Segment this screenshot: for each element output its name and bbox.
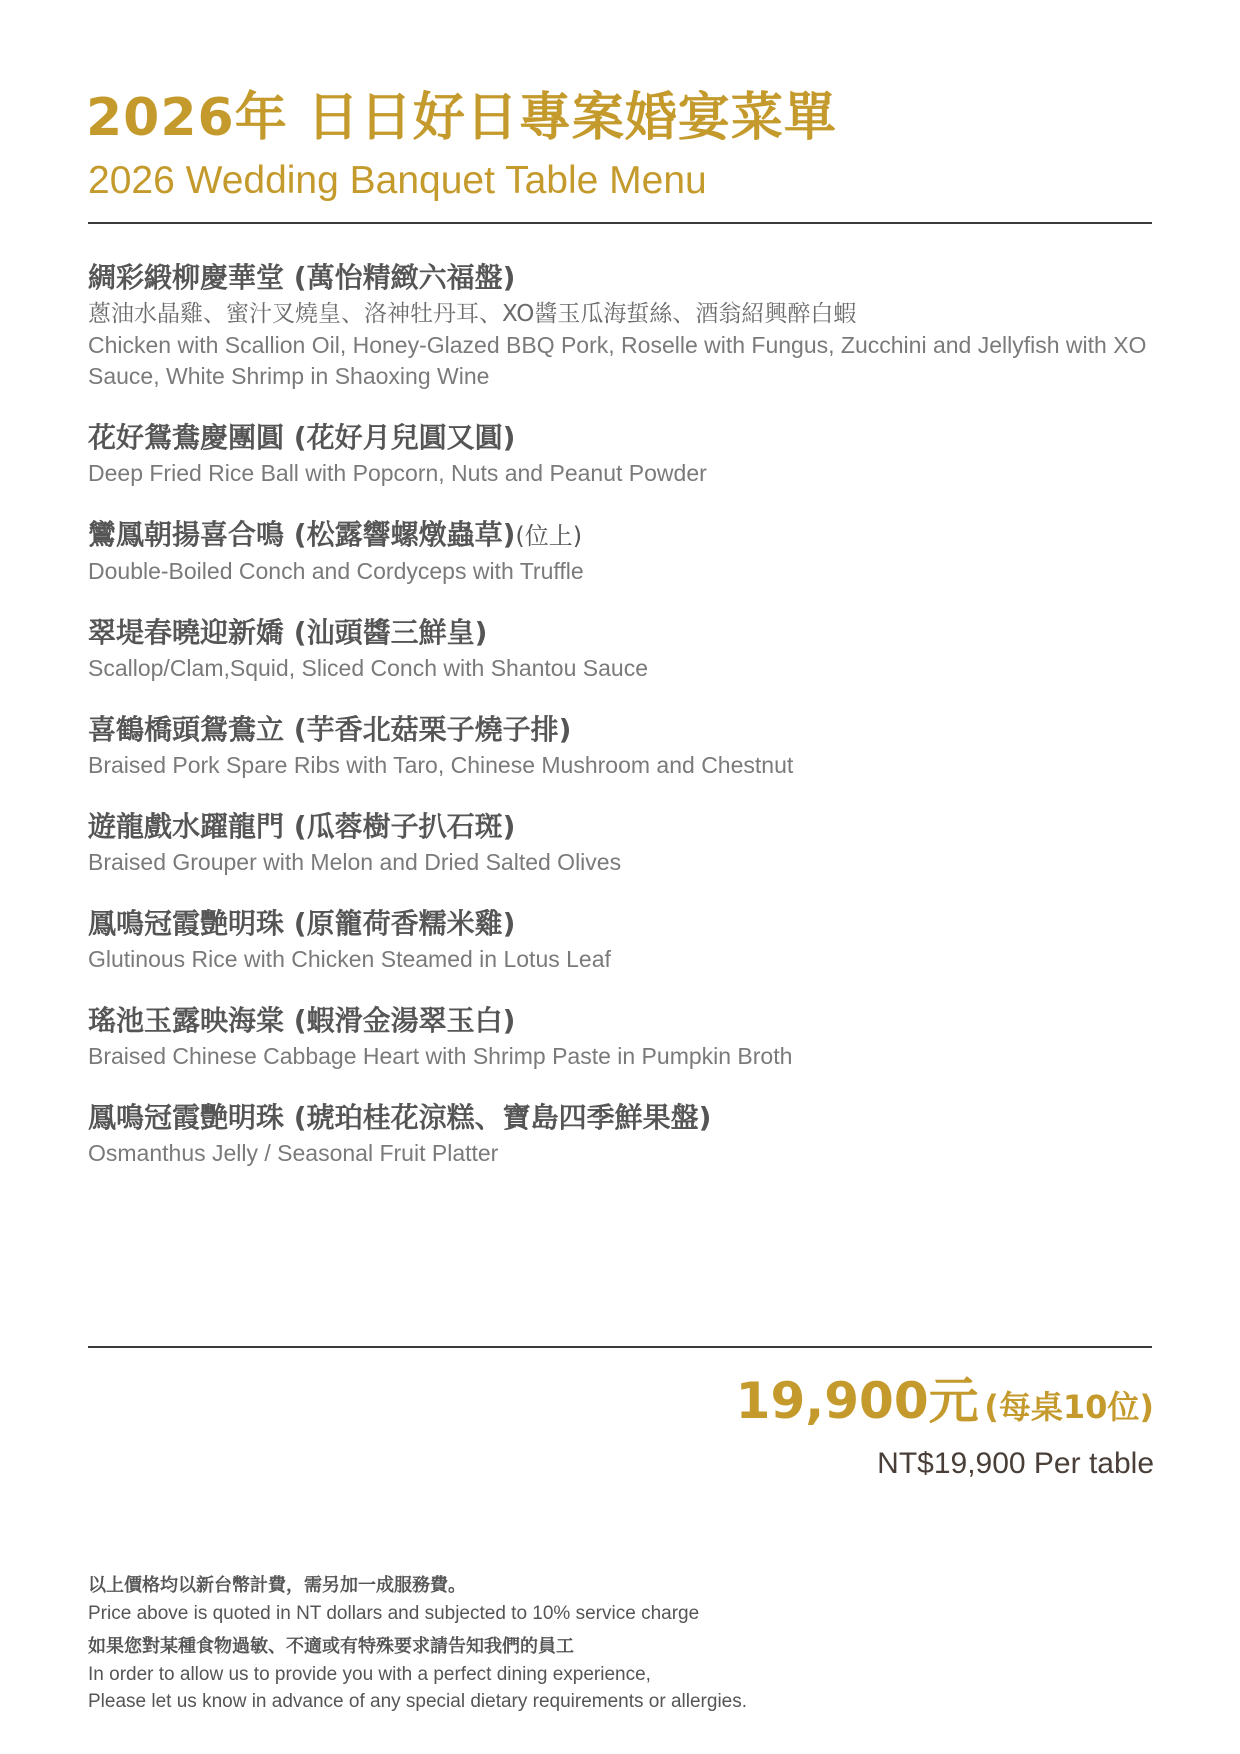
dish-name: 瑤池玉露映海棠 (蝦滑金湯翠玉白) (88, 1001, 1158, 1041)
dish-subtitle: (芋香北菇栗子燒子排) (294, 713, 572, 746)
dish-description-en: Braised Chinese Cabbage Heart with Shrim… (88, 1041, 1158, 1072)
dish-subtitle: (萬怡精緻六福盤) (294, 261, 516, 294)
dish-description-en: Braised Pork Spare Ribs with Taro, Chine… (88, 750, 1158, 781)
dish-description-en: Osmanthus Jelly / Seasonal Fruit Platter (88, 1138, 1158, 1169)
dish-title: 鳳鳴冠霞艷明珠 (88, 907, 284, 940)
page-title-en: 2026 Wedding Banquet Table Menu (88, 157, 707, 205)
top-divider (88, 222, 1152, 224)
price-amount-en: NT$19,900 Per table (736, 1444, 1154, 1484)
dish-name: 翠堤春曉迎新嬌 (汕頭醬三鮮皇) (88, 613, 1158, 653)
dish-title: 翠堤春曉迎新嬌 (88, 616, 284, 649)
dish-subtitle: (花好月兒圓又圓) (294, 421, 516, 454)
menu-page: 2026年 日日好日專案婚宴菜單 2026 Wedding Banquet Ta… (0, 0, 1240, 1754)
dish-name: 鳳鳴冠霞艷明珠 (原籠荷香糯米雞) (88, 904, 1158, 944)
dish-subtitle: (汕頭醬三鮮皇) (294, 616, 488, 649)
dish-subtitle: (瓜蓉樹子扒石斑) (294, 810, 516, 843)
dish-description-en: Glutinous Rice with Chicken Steamed in L… (88, 944, 1158, 975)
service-charge-note-en: Price above is quoted in NT dollars and … (88, 1600, 1088, 1627)
price-per-table-zh: (每桌10位) (984, 1388, 1154, 1426)
price-amount-zh: 19,900元 (736, 1372, 979, 1430)
price-zh: 19,900元 (每桌10位) (736, 1370, 1154, 1444)
price-block: 19,900元 (每桌10位) NT$19,900 Per table (736, 1370, 1154, 1484)
dish-title: 鳳鳴冠霞艷明珠 (88, 1101, 284, 1134)
dish-title: 綢彩緞柳慶華堂 (88, 261, 284, 294)
dish-title: 鸞鳳朝揚喜合鳴 (88, 518, 284, 551)
dish-item: 鸞鳳朝揚喜合鳴 (松露響螺燉蟲草)(位上) Double-Boiled Conc… (88, 515, 1158, 587)
dish-item: 遊龍戲水躍龍門 (瓜蓉樹子扒石斑) Braised Grouper with M… (88, 807, 1158, 878)
dish-item: 花好鴛鴦慶團圓 (花好月兒圓又圓) Deep Fried Rice Ball w… (88, 418, 1158, 489)
dish-serving-note: (位上) (515, 522, 582, 550)
dish-name: 花好鴛鴦慶團圓 (花好月兒圓又圓) (88, 418, 1158, 458)
menu-list: 綢彩緞柳慶華堂 (萬怡精緻六福盤) 蔥油水晶雞、蜜汁叉燒皇、洛神牡丹耳、XO醬玉… (88, 258, 1158, 1169)
dish-title: 遊龍戲水躍龍門 (88, 810, 284, 843)
dish-item: 喜鶴橋頭鴛鴦立 (芋香北菇栗子燒子排) Braised Pork Spare R… (88, 710, 1158, 781)
dish-item: 鳳鳴冠霞艷明珠 (原籠荷香糯米雞) Glutinous Rice with Ch… (88, 904, 1158, 975)
dish-name: 遊龍戲水躍龍門 (瓜蓉樹子扒石斑) (88, 807, 1158, 847)
dish-name: 鸞鳳朝揚喜合鳴 (松露響螺燉蟲草)(位上) (88, 515, 1158, 556)
dish-name: 喜鶴橋頭鴛鴦立 (芋香北菇栗子燒子排) (88, 710, 1158, 750)
dish-subtitle: (松露響螺燉蟲草) (294, 518, 516, 551)
dish-item: 綢彩緞柳慶華堂 (萬怡精緻六福盤) 蔥油水晶雞、蜜汁叉燒皇、洛神牡丹耳、XO醬玉… (88, 258, 1158, 392)
dish-title: 喜鶴橋頭鴛鴦立 (88, 713, 284, 746)
page-title-zh: 2026年 日日好日專案婚宴菜單 (86, 88, 837, 148)
dish-description-en: Double-Boiled Conch and Cordyceps with T… (88, 556, 1158, 587)
allergy-note-zh: 如果您對某種食物過敏、不適或有特殊要求請告知我們的員工 (88, 1633, 1088, 1661)
dish-subtitle: (琥珀桂花涼糕、寶島四季鮮果盤) (294, 1101, 712, 1134)
dish-subtitle: (蝦滑金湯翠玉白) (294, 1004, 516, 1037)
allergy-note-en-line1: In order to allow us to provide you with… (88, 1661, 1088, 1688)
footer-notes: 以上價格均以新台幣計費，需另加一成服務費。 Price above is quo… (88, 1572, 1088, 1715)
dish-title: 花好鴛鴦慶團圓 (88, 421, 284, 454)
bottom-divider (88, 1346, 1152, 1348)
allergy-note-en-line2: Please let us know in advance of any spe… (88, 1688, 1088, 1715)
dish-description-en: Scallop/Clam,Squid, Sliced Conch with Sh… (88, 653, 1158, 684)
service-charge-note-zh: 以上價格均以新台幣計費，需另加一成服務費。 (88, 1572, 1088, 1600)
dish-description-zh: 蔥油水晶雞、蜜汁叉燒皇、洛神牡丹耳、XO醬玉瓜海蜇絲、酒翁紹興醉白蝦 (88, 298, 1158, 330)
dish-name: 綢彩緞柳慶華堂 (萬怡精緻六福盤) (88, 258, 1158, 298)
dish-description-en: Deep Fried Rice Ball with Popcorn, Nuts … (88, 458, 1158, 489)
dish-item: 鳳鳴冠霞艷明珠 (琥珀桂花涼糕、寶島四季鮮果盤) Osmanthus Jelly… (88, 1098, 1158, 1169)
dish-name: 鳳鳴冠霞艷明珠 (琥珀桂花涼糕、寶島四季鮮果盤) (88, 1098, 1158, 1138)
dish-description-en: Chicken with Scallion Oil, Honey-Glazed … (88, 330, 1158, 392)
dish-item: 瑤池玉露映海棠 (蝦滑金湯翠玉白) Braised Chinese Cabbag… (88, 1001, 1158, 1072)
dish-subtitle: (原籠荷香糯米雞) (294, 907, 516, 940)
dish-title: 瑤池玉露映海棠 (88, 1004, 284, 1037)
dish-item: 翠堤春曉迎新嬌 (汕頭醬三鮮皇) Scallop/Clam,Squid, Sli… (88, 613, 1158, 684)
dish-description-en: Braised Grouper with Melon and Dried Sal… (88, 847, 1158, 878)
